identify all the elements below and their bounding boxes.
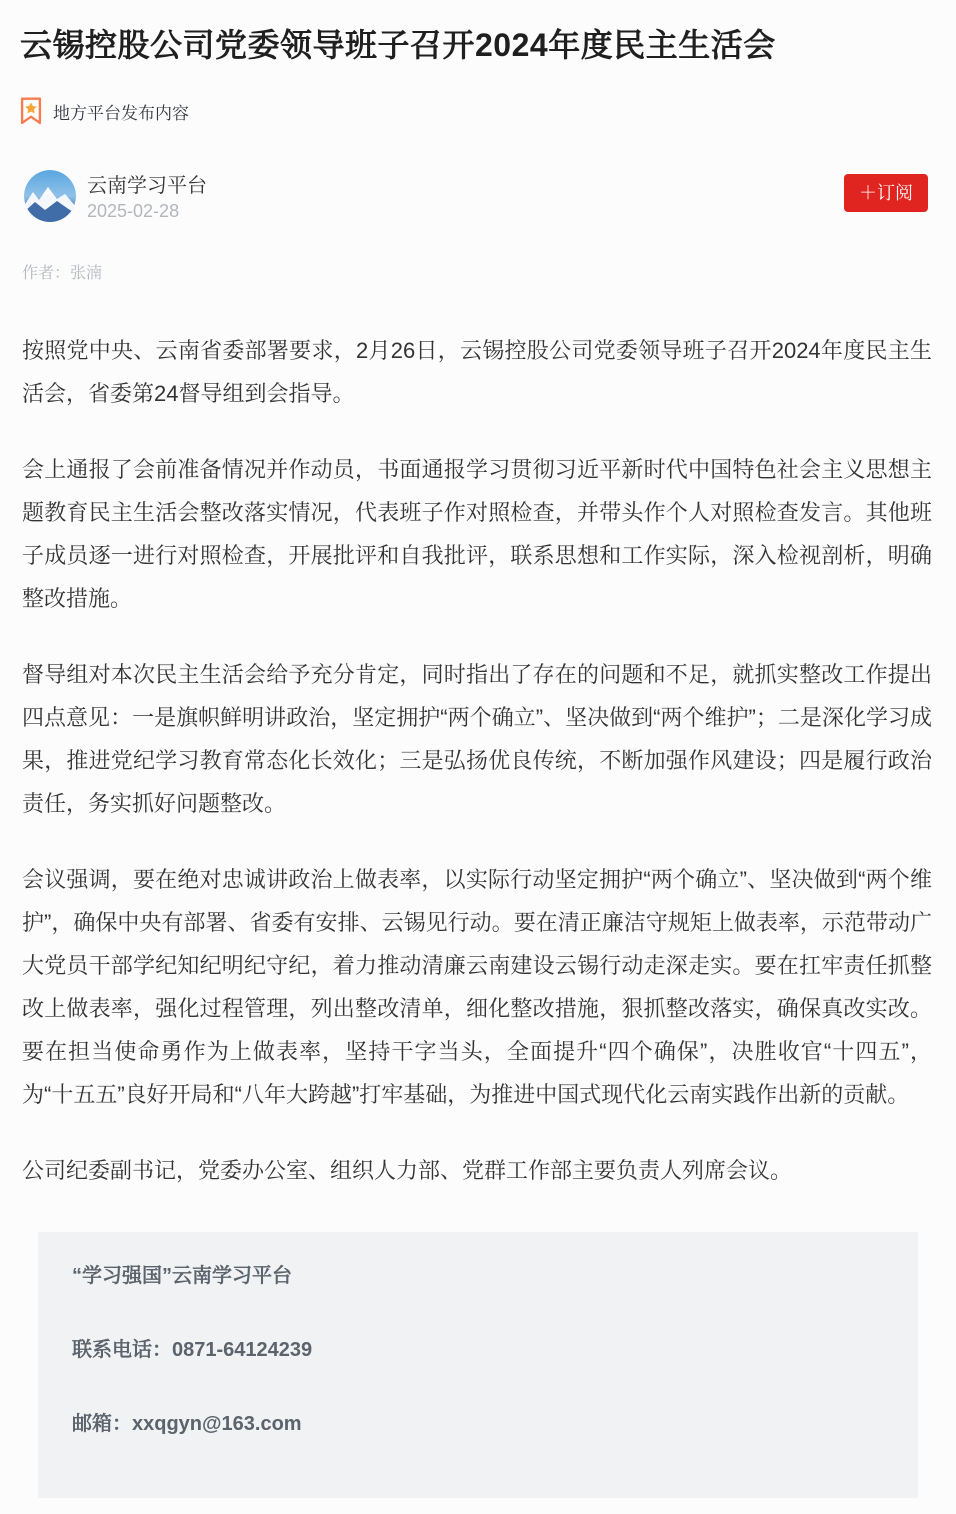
publisher-meta: 云南学习平台 2025-02-28 xyxy=(87,169,207,222)
article-paragraph: 公司纪委副书记，党委办公室、组织人力部、党群工作部主要负责人列席会议。 xyxy=(22,1149,932,1192)
publisher-name[interactable]: 云南学习平台 xyxy=(87,169,207,198)
article-body: 按照党中央、云南省委部署要求，2月26日，云锡控股公司党委领导班子召开2024年… xyxy=(20,329,932,1192)
author-line: 作者：张湳 xyxy=(22,260,932,283)
subscribe-button[interactable]: ＋订阅 xyxy=(844,174,928,212)
article-paragraph: 按照党中央、云南省委部署要求，2月26日，云锡控股公司党委领导班子召开2024年… xyxy=(22,329,932,415)
platform-credit: “学习强国”云南学习平台 xyxy=(72,1264,878,1288)
bookmark-star-icon xyxy=(20,97,42,125)
contact-phone: 联系电话：0871-64124239 xyxy=(72,1338,878,1362)
page-title: 云锡控股公司党委领导班子召开2024年度民主生活会 xyxy=(20,24,932,67)
publish-date: 2025-02-28 xyxy=(87,201,207,222)
article-paragraph: 会议强调，要在绝对忠诚讲政治上做表率，以实际行动坚定拥护“两个确立”、坚决做到“… xyxy=(22,858,932,1116)
article-paragraph: 会上通报了会前准备情况并作动员，书面通报学习贯彻习近平新时代中国特色社会主义思想… xyxy=(22,448,932,620)
publisher-row: 云南学习平台 2025-02-28 ＋订阅 xyxy=(24,169,928,222)
publisher-avatar[interactable] xyxy=(24,170,76,222)
article-page: 云锡控股公司党委领导班子召开2024年度民主生活会 地方平台发布内容 xyxy=(0,0,956,1498)
badge-label: 地方平台发布内容 xyxy=(53,99,189,124)
contact-email: 邮箱：xxqgyn@163.com xyxy=(72,1412,878,1436)
article-paragraph: 督导组对本次民主生活会给予充分肯定，同时指出了存在的问题和不足，就抓实整改工作提… xyxy=(22,653,932,825)
content-source-badge: 地方平台发布内容 xyxy=(20,97,932,125)
contact-info-box: “学习强国”云南学习平台 联系电话：0871-64124239 邮箱：xxqgy… xyxy=(38,1232,918,1498)
